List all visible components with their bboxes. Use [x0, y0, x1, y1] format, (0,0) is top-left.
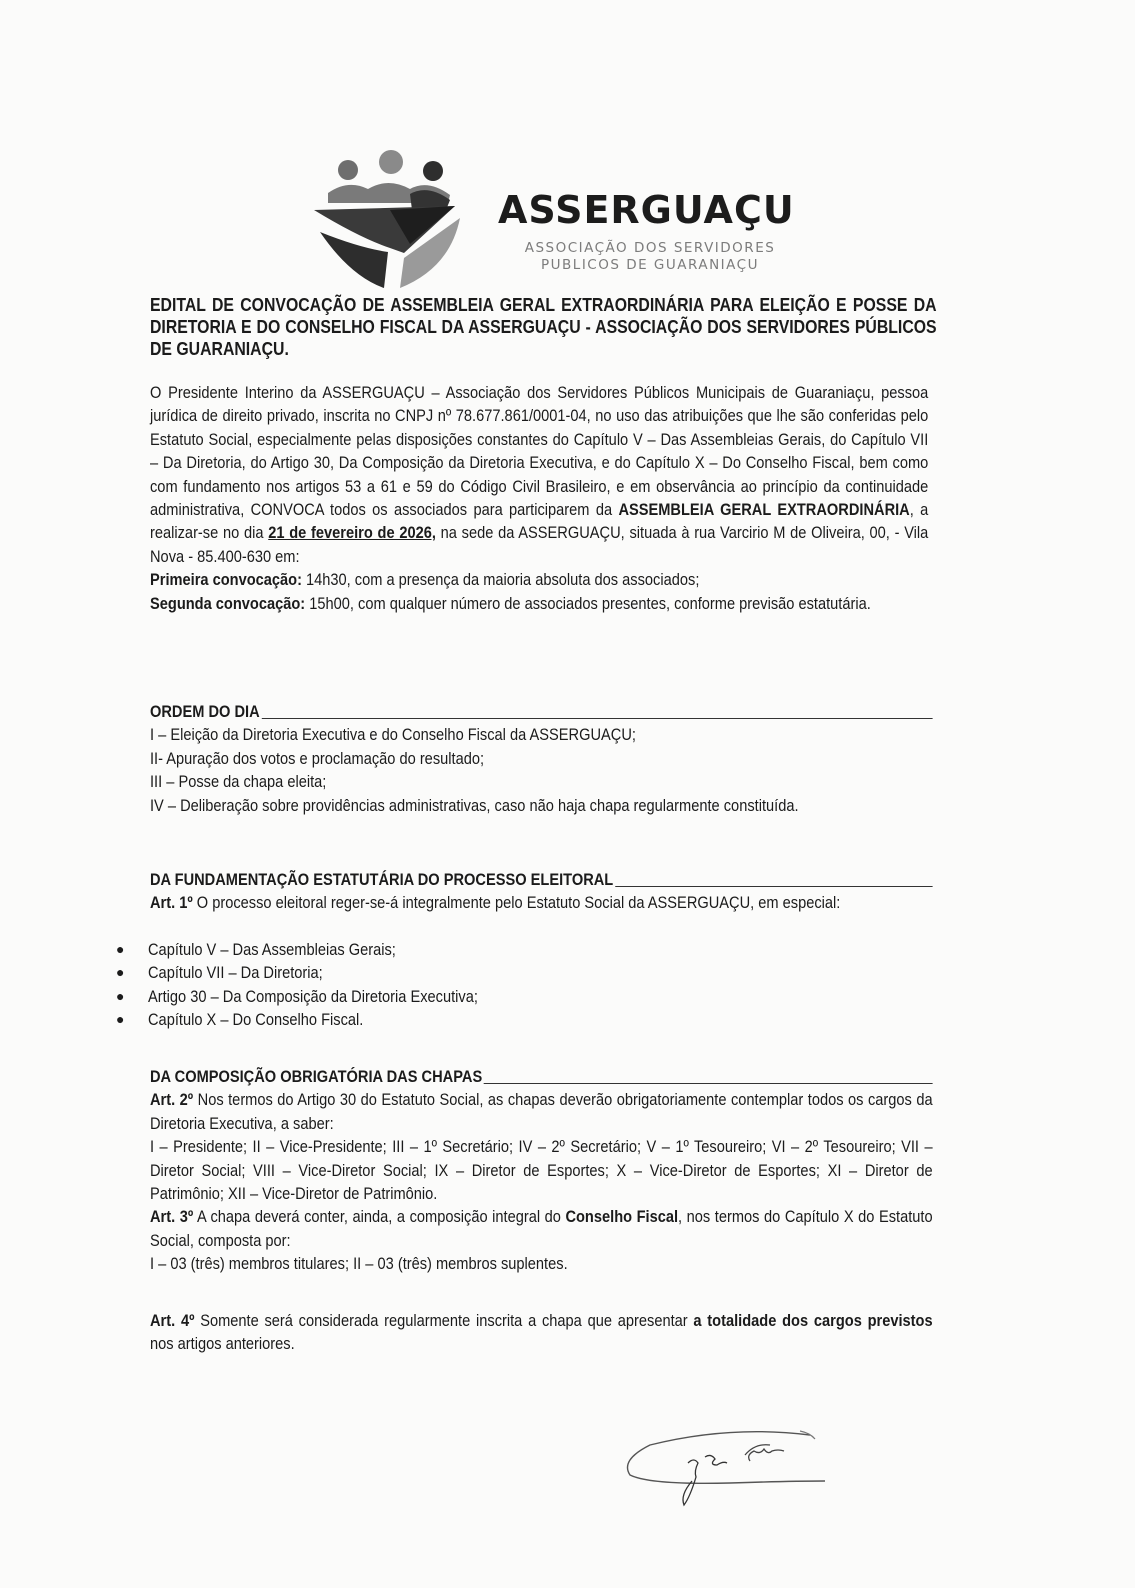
composicao-section: DA COMPOSIÇÃO OBRIGATÓRIA DAS CHAPAS Art…: [150, 1065, 933, 1276]
brand-subtitle: ASSOCIAÇÃO DOS SERVIDORES PUBLICOS DE GU…: [490, 240, 810, 274]
document-title: EDITAL DE CONVOCAÇÃO DE ASSEMBLEIA GERAL…: [150, 294, 937, 360]
list-item: ●Artigo 30 – Da Composição da Diretoria …: [116, 985, 532, 1008]
bullet-text: Capítulo X – Do Conselho Fiscal.: [148, 1008, 363, 1031]
agenda-item: IV – Deliberação sobre providências admi…: [150, 794, 933, 817]
bullet-icon: ●: [116, 961, 148, 984]
art4-paragraph: Art. 4º Somente será considerada regular…: [150, 1309, 933, 1356]
agenda-item: III – Posse da chapa eleita;: [150, 770, 933, 793]
brand-name: ASSERGUAÇU: [498, 188, 795, 232]
agenda-item: I – Eleição da Diretoria Executiva e do …: [150, 723, 933, 746]
header-logo: ASSERGUAÇU ASSOCIAÇÃO DOS SERVIDORES PUB…: [300, 148, 840, 288]
heading-rule: [261, 718, 932, 719]
bullet-icon: ●: [116, 1008, 148, 1031]
art2-text: Nos termos do Artigo 30 do Estatuto Soci…: [150, 1090, 933, 1132]
art4-text-after: nos artigos anteriores.: [150, 1334, 295, 1353]
title-text: EDITAL DE CONVOCAÇÃO DE ASSEMBLEIA GERAL…: [150, 294, 937, 360]
bullet-icon: ●: [116, 938, 148, 961]
bullet-text: Artigo 30 – Da Composição da Diretoria E…: [148, 985, 478, 1008]
intro-paragraph: O Presidente Interino da ASSERGUAÇU – As…: [150, 381, 928, 615]
heading-rule: [484, 1083, 933, 1084]
ordem-do-dia-section: ORDEM DO DIA I – Eleição da Diretoria Ex…: [150, 700, 933, 817]
intro-text: O Presidente Interino da ASSERGUAÇU – As…: [150, 383, 928, 519]
conselho-list: I – 03 (três) membros titulares; II – 03…: [150, 1252, 933, 1275]
fundamentacao-section: DA FUNDAMENTAÇÃO ESTATUTÁRIA DO PROCESSO…: [150, 868, 933, 915]
assembly-date: 21 de fevereiro de 2026,: [268, 523, 436, 542]
second-call-text: 15h00, com qualquer número de associados…: [305, 594, 871, 613]
art1-text: O processo eleitoral reger-se-á integral…: [193, 893, 841, 912]
heading-text: DA COMPOSIÇÃO OBRIGATÓRIA DAS CHAPAS: [150, 1065, 482, 1088]
bullet-text: Capítulo VII – Da Diretoria;: [148, 961, 323, 984]
heading-rule: [615, 886, 933, 887]
first-call-text: 14h30, com a presença da maioria absolut…: [302, 570, 699, 589]
section-heading: DA COMPOSIÇÃO OBRIGATÓRIA DAS CHAPAS: [150, 1065, 933, 1088]
art4-text: Somente será considerada regularmente in…: [194, 1311, 693, 1330]
art3-bold: Conselho Fiscal: [565, 1207, 678, 1226]
heading-text: DA FUNDAMENTAÇÃO ESTATUTÁRIA DO PROCESSO…: [150, 868, 613, 891]
list-item: ●Capítulo X – Do Conselho Fiscal.: [116, 1008, 532, 1031]
art3-label: Art. 3º: [150, 1207, 193, 1226]
art2-label: Art. 2º: [150, 1090, 193, 1109]
brand-subtitle-line2: PUBLICOS DE GUARANIAÇU: [490, 257, 810, 274]
statute-bullets: ●Capítulo V – Das Assembleias Gerais; ●C…: [116, 938, 532, 1032]
people-shield-logo-icon: [300, 148, 475, 288]
bullet-icon: ●: [116, 985, 148, 1008]
assembly-type: ASSEMBLEIA GERAL EXTRAORDINÁRIA: [618, 500, 909, 519]
agenda-item: II- Apuração dos votos e proclamação do …: [150, 747, 933, 770]
art3-text: A chapa deverá conter, ainda, a composiç…: [193, 1207, 565, 1226]
second-call-label: Segunda convocação:: [150, 594, 305, 613]
list-item: ●Capítulo V – Das Assembleias Gerais;: [116, 938, 532, 961]
document-page: ASSERGUAÇU ASSOCIAÇÃO DOS SERVIDORES PUB…: [0, 0, 1135, 1588]
art4-bold: a totalidade dos cargos previstos: [693, 1311, 932, 1330]
bullet-text: Capítulo V – Das Assembleias Gerais;: [148, 938, 396, 961]
first-call-label: Primeira convocação:: [150, 570, 302, 589]
cargos-list: I – Presidente; II – Vice-Presidente; II…: [150, 1135, 933, 1205]
art1-label: Art. 1º: [150, 893, 193, 912]
section-heading: ORDEM DO DIA: [150, 700, 933, 723]
brand-subtitle-line1: ASSOCIAÇÃO DOS SERVIDORES: [490, 240, 810, 257]
handwritten-signature-icon: [610, 1415, 830, 1510]
section-heading: DA FUNDAMENTAÇÃO ESTATUTÁRIA DO PROCESSO…: [150, 868, 933, 891]
list-item: ●Capítulo VII – Da Diretoria;: [116, 961, 532, 984]
art4-label: Art. 4º: [150, 1311, 194, 1330]
heading-text: ORDEM DO DIA: [150, 700, 260, 723]
